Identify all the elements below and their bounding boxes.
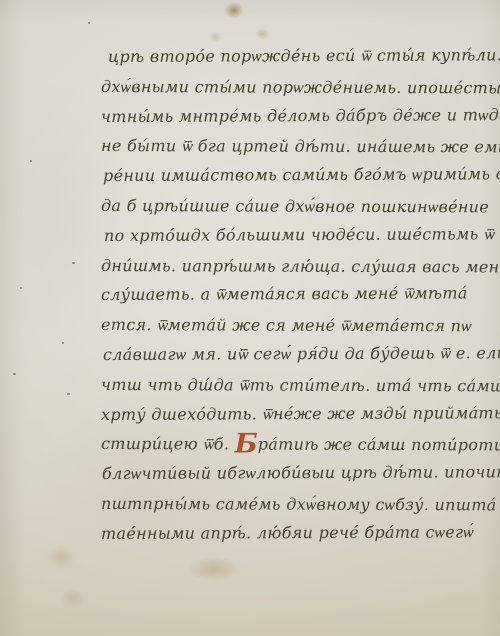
manuscript-line: чтны́мь мнтре́мь де́ломь да́бръ де́же и …	[101, 100, 497, 132]
manuscript-line: ется. ѿмета́й же ся мене́ ѿмета́ется пѡ	[101, 310, 497, 341]
manuscript-line: ре́нии имша́ствомь сами́мь бго́мъ ѡрими́…	[103, 159, 497, 191]
manuscript-line: хрту́ дшехо́дить. ѿне́же же мзды́ прийма…	[101, 398, 497, 430]
ink-speck	[20, 287, 22, 289]
ink-speck	[88, 22, 90, 24]
foxing-stain	[188, 556, 240, 582]
handwritten-text-block: црѣ второ́е порѡжде́нь еси́ ѿ сты́я купѣ…	[101, 42, 497, 549]
line-text-after-rubric: ра́тиѣ же са́мш поти́роти сѿ	[258, 435, 500, 455]
ink-speck	[62, 342, 64, 344]
manuscript-line: црѣ второ́е порѡжде́нь еси́ ѿ сты́я купѣ…	[108, 40, 497, 71]
manuscript-line: не бы́ти ѿ бга цртей дѣ́ти. ина́шемь же …	[101, 131, 497, 162]
foxing-stain	[46, 544, 76, 570]
manuscript-line-with-rubric: стшри́цею ѿб. Бра́тиѣ же са́мш поти́роти…	[101, 429, 497, 460]
line-text-before-rubric: стшри́цею ѿб.	[101, 434, 235, 453]
ink-speck	[67, 393, 70, 395]
foxing-stain	[255, 28, 270, 40]
ink-speck	[13, 373, 16, 375]
manuscript-line: дни́шмь. иапрѣ́шмь глю́ща. слу́шая вась …	[101, 251, 497, 282]
manuscript-page-photo: црѣ второ́е порѡжде́нь еси́ ѿ сты́я купѣ…	[0, 0, 500, 636]
manuscript-line: сла́вшагѡ мя. иѿ сегѡ́ ря́ди да бу́дешь …	[103, 338, 497, 370]
manuscript-line: тае́нными апрѣ́. лю́бяи рече́ бра́та сѡе…	[101, 517, 497, 549]
ink-speck	[72, 262, 75, 264]
foxing-stain	[224, 2, 244, 19]
foxing-stain	[209, 31, 222, 42]
manuscript-line: блгѡчти́вый ибгѡлюби́выи црѣ дѣ́ти. ипоч…	[102, 457, 497, 489]
manuscript-line: по хрто́шдх бо́льшими чюде́си. ише́стьмь…	[104, 219, 497, 251]
manuscript-line: дхѡ́вными сты́ми порѡжде́ниемь. ипоше́ст…	[101, 72, 497, 103]
manuscript-line: слу́шаеть. а ѿмета́яся вась мене́ ѿмѣта́	[101, 279, 497, 311]
ink-speck	[30, 160, 32, 162]
manuscript-line: да б црѣи́шше са́ше дхѡ́вное пошкинѡве́н…	[101, 191, 497, 222]
foxing-stain	[60, 588, 86, 608]
manuscript-line: пштпрны́мь саме́мь дхѡ́вному сѡбзу́. ипш…	[101, 489, 497, 520]
rubric-initial-letter: Б	[235, 429, 258, 460]
manuscript-line: чтш чть дш́да ѿть сти́телѣ. ита́ чть са́…	[101, 370, 497, 401]
